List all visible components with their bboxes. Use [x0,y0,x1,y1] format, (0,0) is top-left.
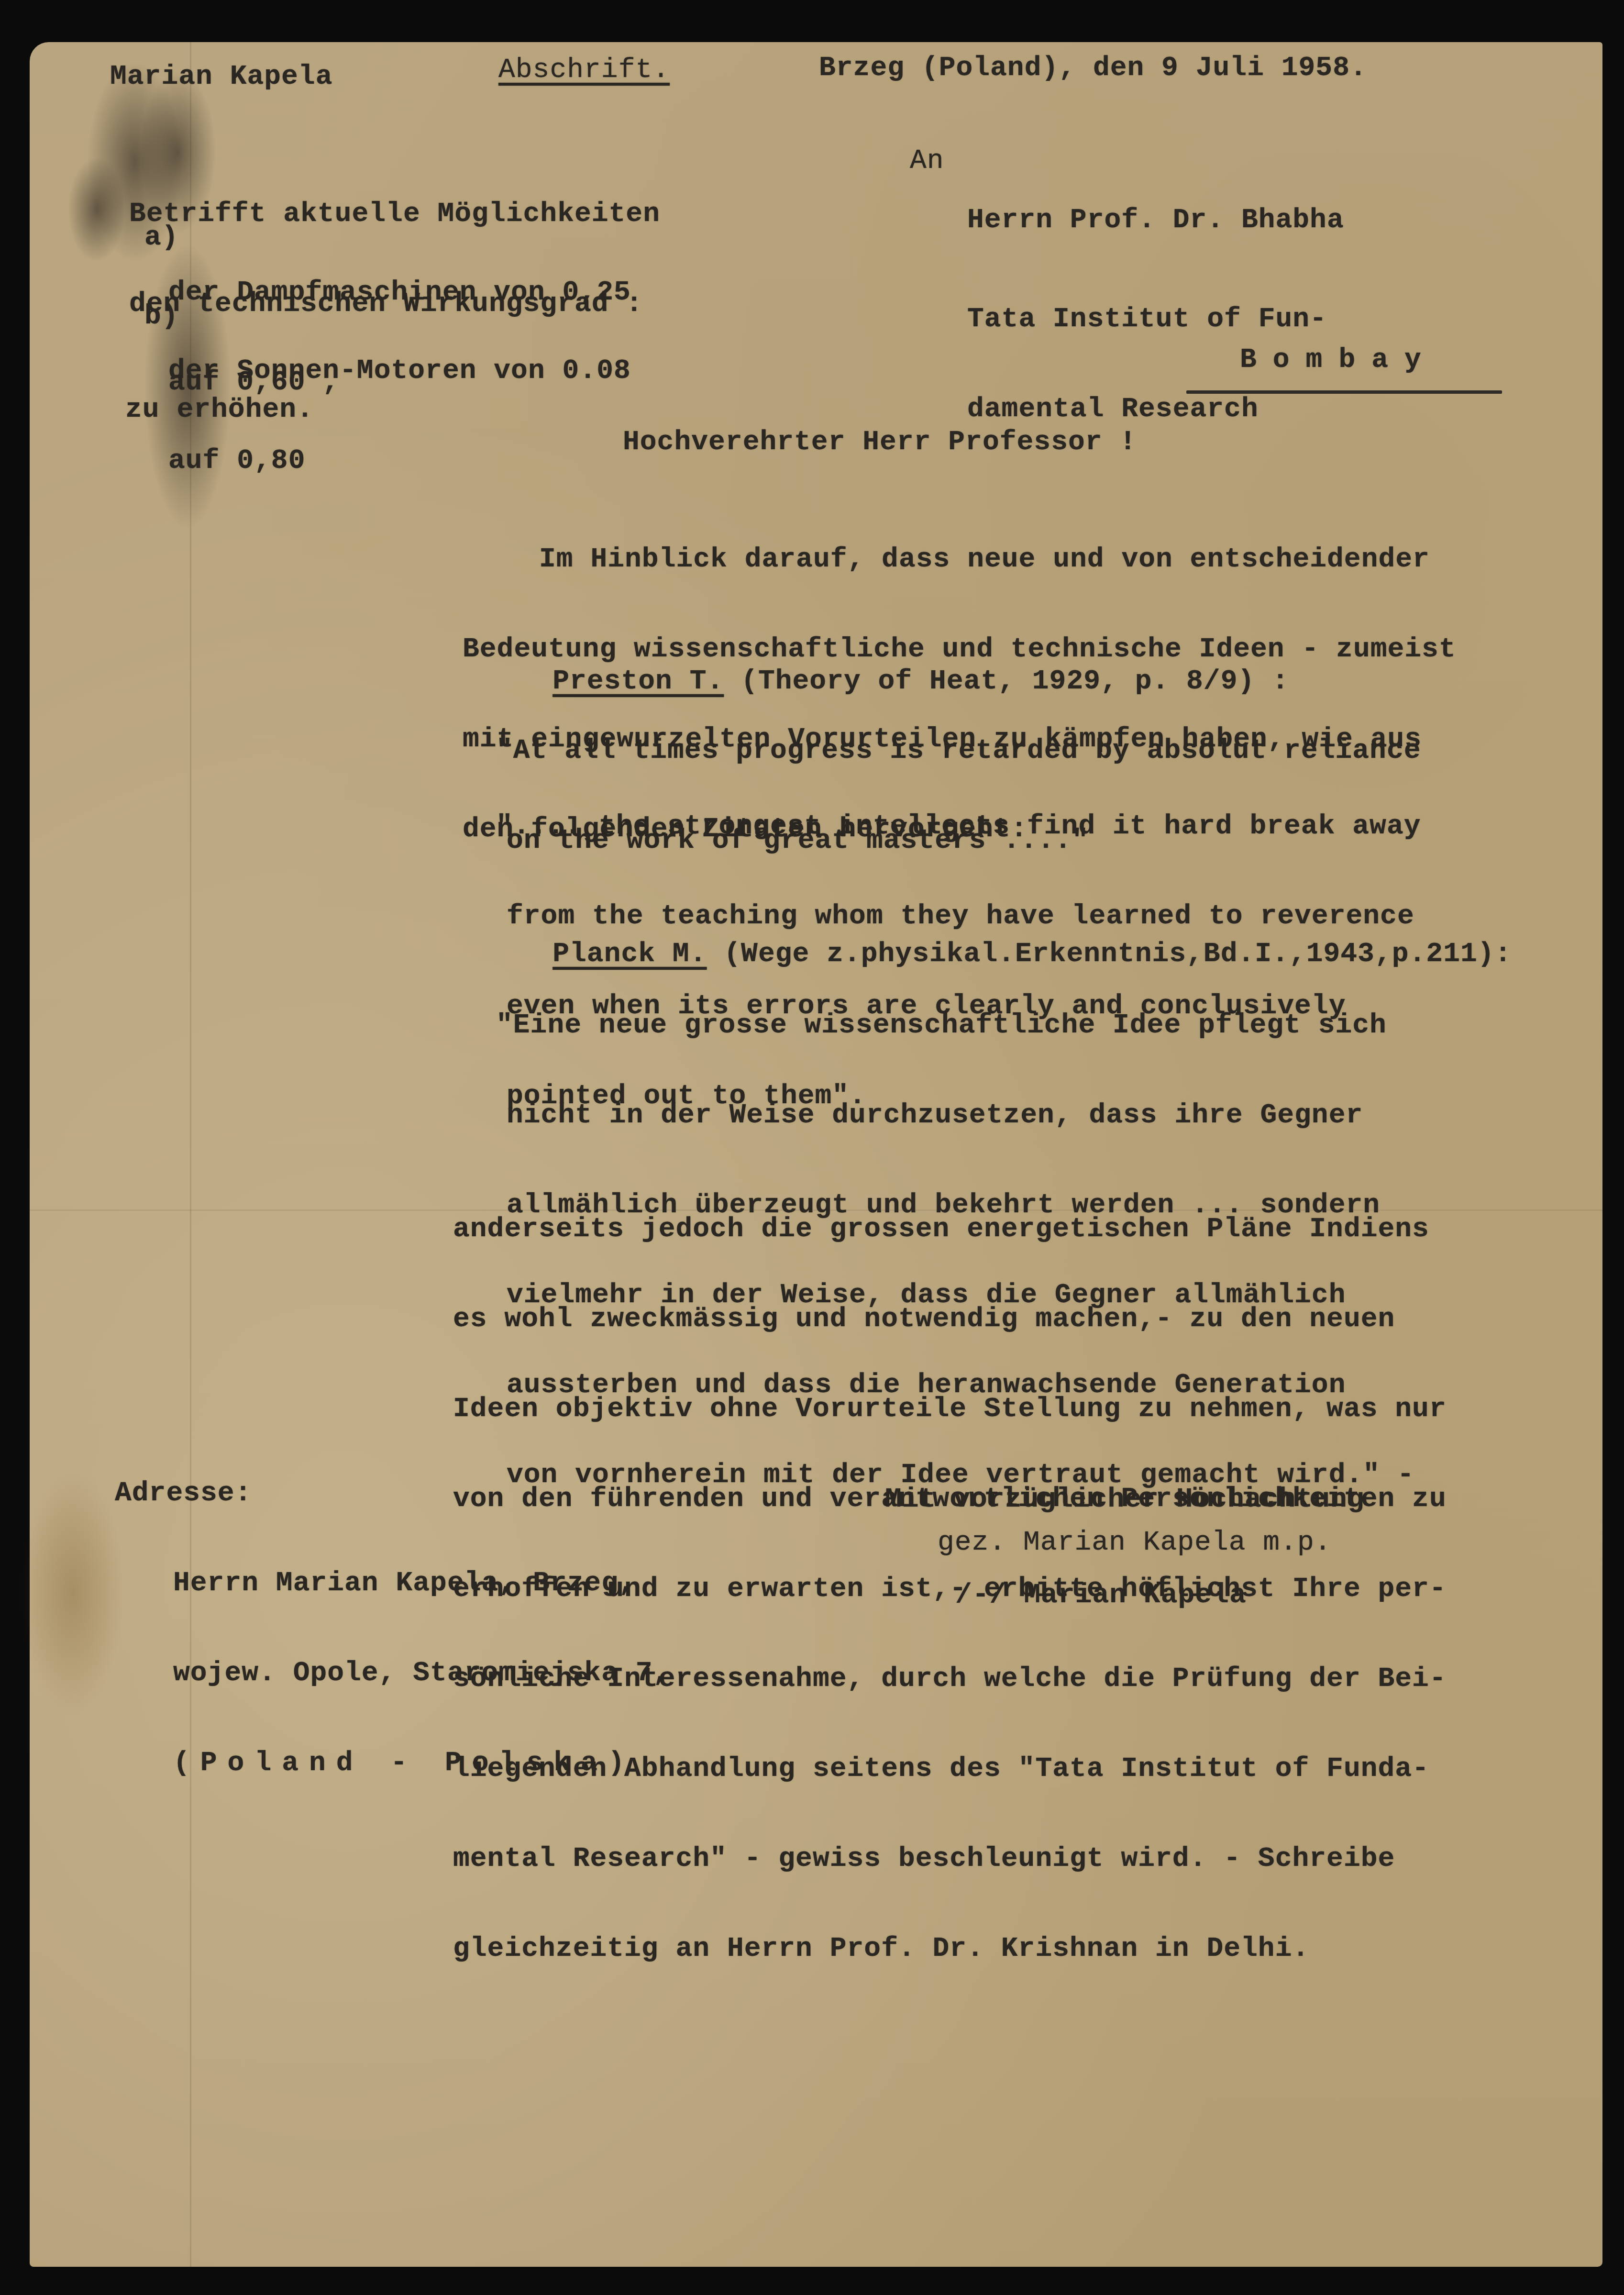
address-label: Adresse: [115,1480,252,1508]
signed-line: gez. Marian Kapela m.p. [938,1529,1332,1557]
ink-smudge [68,157,125,262]
body-line: gleichzeitig an Herrn Prof. Dr. Krishnan… [453,1932,1447,1966]
subject-closing: zu erhöhen. [125,396,314,424]
copy-mark: Abschrift. [498,56,670,84]
quote-line: nicht in der Weise durchzusetzen, dass i… [496,1098,1414,1133]
typed-signature: /-/ Marian Kapela [955,1582,1247,1609]
water-stain [20,1468,125,1717]
recipient-to-label: An [910,147,944,175]
quote-line: "Eine neue grosse wissenschaftliche Idee… [496,1009,1414,1043]
city-underline [1186,390,1502,394]
address-block: Herrn Marian Kapela, Brzeg, wojew. Opole… [173,1511,670,1836]
institution-line: damental Research [967,392,1327,427]
body-line: mental Research" - gewiss beschleunigt w… [453,1842,1447,1876]
recipient-city: Bombay [1240,346,1437,374]
recipient-name: Herrn Prof. Dr. Bhabha [967,207,1344,234]
valediction: Mit vorzüglicher Hochachtung [885,1486,1365,1514]
address-line: Herrn Marian Kapela, Brzeg, [173,1566,670,1601]
body-line: Ideen objektiv ohne Vorurteile Stellung … [453,1392,1447,1427]
intro-line: Im Hinblick darauf, dass neue und von en… [463,543,1456,577]
address-line: (Poland - Polska) [173,1746,670,1781]
subject-item-line: der Sonnen-Motoren von 0.08 [168,354,631,388]
body-line: anderseits jedoch die grossen energetisc… [453,1212,1447,1247]
sender-name: Marian Kapela [110,63,332,91]
quote-line: ".... the strongest intellects find it h… [496,809,1421,844]
subject-item-line: auf 0,80 [168,444,631,478]
address-line: wojew. Opole, Staromiejska 7, [173,1656,670,1691]
place-date: Brzeg (Poland), den 9 Juli 1958. [819,55,1367,82]
salutation: Hochverehrter Herr Professor ! [623,429,1137,456]
letter-sheet: Marian Kapela Abschrift. Brzeg (Poland),… [30,42,1602,2267]
body-line: es wohl zweckmässig und notwendig machen… [453,1302,1447,1337]
institution-line: Tata Institut of Fun- [967,302,1327,337]
